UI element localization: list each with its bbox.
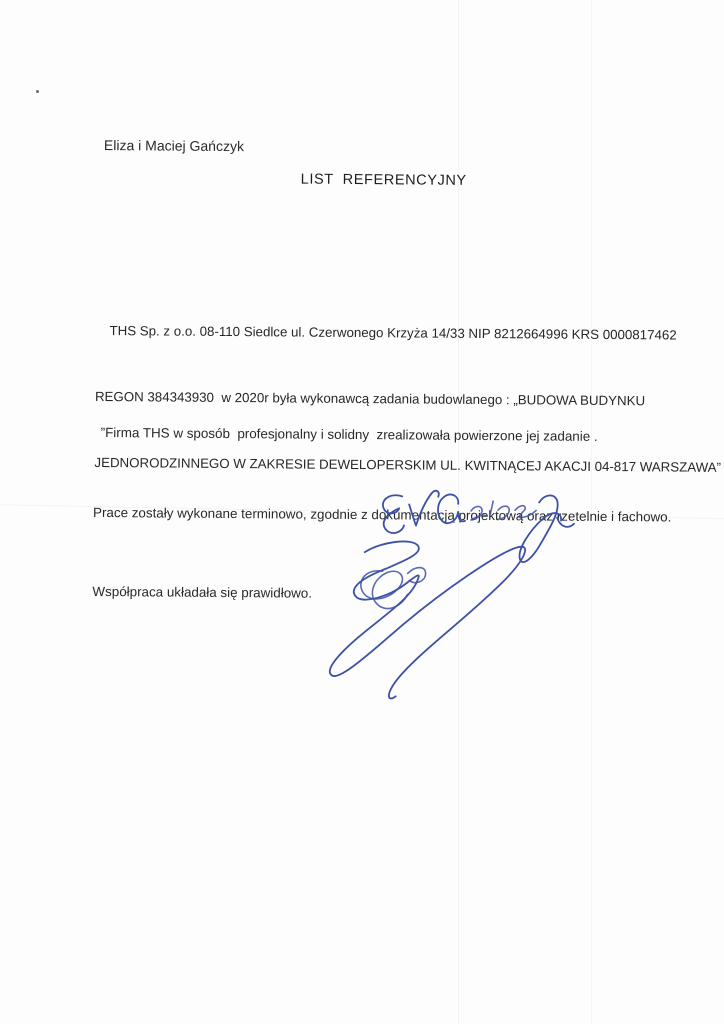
scanned-letter-page: Eliza i Maciej Gańczyk LIST REFERENCYJNY… (0, 0, 724, 1024)
reference-paragraph-line-1: ”Firma THS w sposób profesjonalny i soli… (94, 420, 673, 451)
signature-handwriting-icon (308, 454, 580, 706)
letter-content: Eliza i Maciej Gańczyk LIST REFERENCYJNY… (0, 0, 724, 1024)
sender-name: Eliza i Maciej Gańczyk (104, 137, 244, 154)
company-paragraph-line-1: THS Sp. z o.o. 08-110 Siedlce ul. Czerwo… (95, 320, 722, 347)
letter-title: LIST REFERENCYJNY (301, 172, 467, 189)
